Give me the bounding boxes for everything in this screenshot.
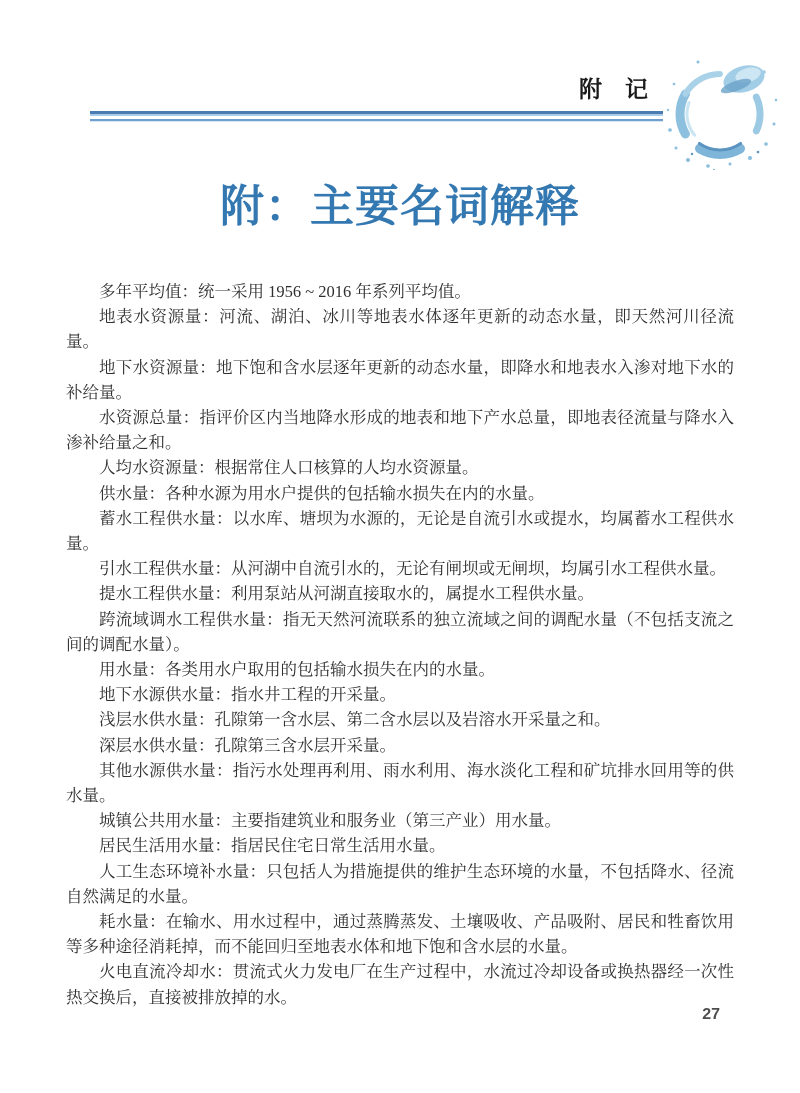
term-paragraph: 其他水源供水量：指污水处理再利用、雨水利用、海水淡化工程和矿坑排水回用等的供水量… (66, 758, 734, 808)
header-rule-line-pale (90, 121, 663, 122)
glossary-list: 多年平均值：统一采用 1956 ~ 2016 年系列平均值。地表水资源量：河流、… (66, 279, 734, 1010)
term-name: 人均水资源量： (99, 458, 215, 477)
page-title: 附：主要名词解释 (0, 170, 800, 234)
term-paragraph: 耗水量：在输水、用水过程中，通过蒸腾蒸发、土壤吸收、产品吸附、居民和牲畜饮用等多… (66, 909, 734, 959)
term-paragraph: 城镇公共用水量：主要指建筑业和服务业（第三产业）用水量。 (66, 808, 734, 833)
term-name: 水资源总量： (99, 408, 199, 427)
term-definition: 利用泵站从河湖直接取水的，属提水工程供水量。 (231, 584, 594, 603)
term-definition: 指水井工程的开采量。 (231, 685, 396, 704)
term-definition: 各类用水户取用的包括输水损失在内的水量。 (165, 660, 495, 679)
term-definition: 指居民住宅日常生活用水量。 (231, 836, 446, 855)
term-name: 地下水源供水量： (99, 685, 231, 704)
term-paragraph: 人均水资源量：根据常住人口核算的人均水资源量。 (66, 455, 734, 480)
term-definition: 根据常住人口核算的人均水资源量。 (215, 458, 479, 477)
term-definition: 孔隙第一含水层、第二含水层以及岩溶水开采量之和。 (215, 710, 611, 729)
term-name: 跨流域调水工程供水量： (99, 610, 283, 629)
term-name: 地下水资源量： (99, 358, 216, 377)
term-name: 地表水资源量： (99, 307, 219, 326)
term-paragraph: 人工生态环境补水量：只包括人为措施提供的维护生态环境的水量，不包括降水、径流自然… (66, 859, 734, 909)
term-paragraph: 地表水资源量：河流、湖泊、冰川等地表水体逐年更新的动态水量，即天然河川径流量。 (66, 304, 734, 354)
term-definition: 孔隙第三含水层开采量。 (215, 736, 397, 755)
term-paragraph: 提水工程供水量：利用泵站从河湖直接取水的，属提水工程供水量。 (66, 581, 734, 606)
term-paragraph: 用水量：各类用水户取用的包括输水损失在内的水量。 (66, 657, 734, 682)
term-definition: 统一采用 1956 ~ 2016 年系列平均值。 (198, 282, 471, 301)
term-name: 提水工程供水量： (99, 584, 231, 603)
term-paragraph: 居民生活用水量：指居民住宅日常生活用水量。 (66, 833, 734, 858)
term-name: 居民生活用水量： (99, 836, 231, 855)
document-page: 附 记 附：主要名词 (0, 0, 800, 1093)
term-name: 人工生态环境补水量： (99, 862, 266, 881)
term-name: 其他水源供水量： (99, 761, 233, 780)
term-paragraph: 供水量：各种水源为用水户提供的包括输水损失在内的水量。 (66, 481, 734, 506)
term-name: 城镇公共用水量： (99, 811, 231, 830)
page-number: 27 (702, 1006, 720, 1024)
term-name: 浅层水供水量： (99, 710, 215, 729)
term-name: 深层水供水量： (99, 736, 215, 755)
term-paragraph: 多年平均值：统一采用 1956 ~ 2016 年系列平均值。 (66, 279, 734, 304)
term-paragraph: 地下水源供水量：指水井工程的开采量。 (66, 682, 734, 707)
term-name: 用水量： (99, 660, 165, 679)
term-paragraph: 火电直流冷却水：贯流式火力发电厂在生产过程中，水流过冷却设备或换热器经一次性热交… (66, 959, 734, 1009)
term-paragraph: 引水工程供水量：从河湖中自流引水的，无论有闸坝或无闸坝，均属引水工程供水量。 (66, 556, 734, 581)
term-paragraph: 地下水资源量：地下饱和含水层逐年更新的动态水量，即降水和地表水入渗对地下水的补给… (66, 355, 734, 405)
term-name: 耗水量： (99, 912, 166, 931)
running-header: 附 记 (579, 75, 648, 105)
term-definition: 从河湖中自流引水的，无论有闸坝或无闸坝，均属引水工程供水量。 (231, 559, 726, 578)
term-name: 多年平均值： (99, 282, 198, 301)
term-paragraph: 蓄水工程供水量：以水库、塘坝为水源的，无论是自流引水或提水，均属蓄水工程供水量。 (66, 506, 734, 556)
term-paragraph: 水资源总量：指评价区内当地降水形成的地表和地下产水总量，即地表径流量与降水入渗补… (66, 405, 734, 455)
term-name: 火电直流冷却水： (99, 962, 233, 981)
water-swirl-icon (664, 54, 780, 170)
term-name: 引水工程供水量： (99, 559, 231, 578)
term-paragraph: 跨流域调水工程供水量：指无天然河流联系的独立流域之间的调配水量（不包括支流之间的… (66, 607, 734, 657)
term-name: 蓄水工程供水量： (99, 509, 233, 528)
term-definition: 主要指建筑业和服务业（第三产业）用水量。 (231, 811, 561, 830)
term-definition: 各种水源为用水户提供的包括输水损失在内的水量。 (165, 484, 545, 503)
term-paragraph: 浅层水供水量：孔隙第一含水层、第二含水层以及岩溶水开采量之和。 (66, 707, 734, 732)
term-definition: 在输水、用水过程中，通过蒸腾蒸发、土壤吸收、产品吸附、居民和牲畜饮用等多种途径消… (66, 912, 734, 956)
term-name: 供水量： (99, 484, 165, 503)
header-rule (90, 111, 663, 122)
term-paragraph: 深层水供水量：孔隙第三含水层开采量。 (66, 733, 734, 758)
